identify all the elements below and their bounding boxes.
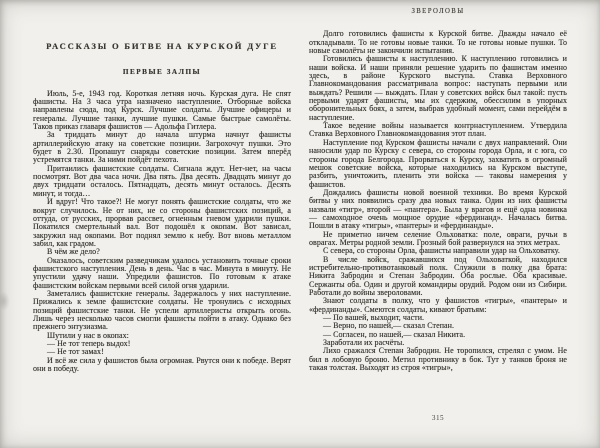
paragraph: Оказалось, советским разведчикам удалось… bbox=[33, 257, 291, 290]
paragraph: В числе войск, сражавшихся под Ольховатк… bbox=[309, 256, 567, 298]
paragraph: Июль, 5-е, 1943 год. Короткая летняя ноч… bbox=[33, 90, 291, 132]
right-page-column: ЗВЕРОЛОВЫ Долго готовились фашисты к Кур… bbox=[309, 8, 567, 372]
scan-artifact-smudge bbox=[0, 288, 12, 314]
right-page-body: Долго готовились фашисты к Курской битве… bbox=[309, 30, 567, 372]
paragraph: Лихо сражался Степан Забродин. Не торопи… bbox=[309, 347, 567, 372]
left-page-column: РАССКАЗЫ О БИТВЕ НА КУРСКОЙ ДУГЕ ПЕРВЫЕ … bbox=[33, 42, 291, 373]
paragraph: Долго готовились фашисты к Курской битве… bbox=[309, 30, 567, 55]
paragraph: Притаились фашистские солдаты. Сигнала ж… bbox=[33, 165, 291, 198]
paragraph: Такое ведение войны называется контрнаст… bbox=[309, 122, 567, 139]
paragraph: И вдруг! Что такое?! Не могут понять фаш… bbox=[33, 198, 291, 248]
left-page-body: Июль, 5-е, 1943 год. Короткая летняя ноч… bbox=[33, 90, 291, 374]
page-number: 315 bbox=[309, 414, 567, 422]
paragraph: Наступление под Курском фашисты начали с… bbox=[309, 139, 567, 189]
paragraph: За тридцать минут до начала штурма начну… bbox=[33, 131, 291, 164]
paragraph: Готовились фашисты к наступлению. К наст… bbox=[309, 55, 567, 122]
paragraph: Дождались фашисты новой военной техники.… bbox=[309, 189, 567, 231]
running-head: ЗВЕРОЛОВЫ bbox=[309, 8, 567, 16]
section-title: РАССКАЗЫ О БИТВЕ НА КУРСКОЙ ДУГЕ bbox=[33, 42, 291, 50]
story-title-first-salvos: ПЕРВЫЕ ЗАЛПЫ bbox=[33, 68, 291, 76]
paragraph: Знают солдаты в полку, что у фашистов «т… bbox=[309, 297, 567, 314]
paragraph: Заметались фашистские генералы. Задержал… bbox=[33, 290, 291, 332]
paragraph: И всё же сила у фашистов была огромная. … bbox=[33, 357, 291, 374]
scanned-book-page: РАССКАЗЫ О БИТВЕ НА КУРСКОЙ ДУГЕ ПЕРВЫЕ … bbox=[0, 0, 600, 448]
paragraph: Не приметно ничем селение Ольховатка: по… bbox=[309, 231, 567, 248]
